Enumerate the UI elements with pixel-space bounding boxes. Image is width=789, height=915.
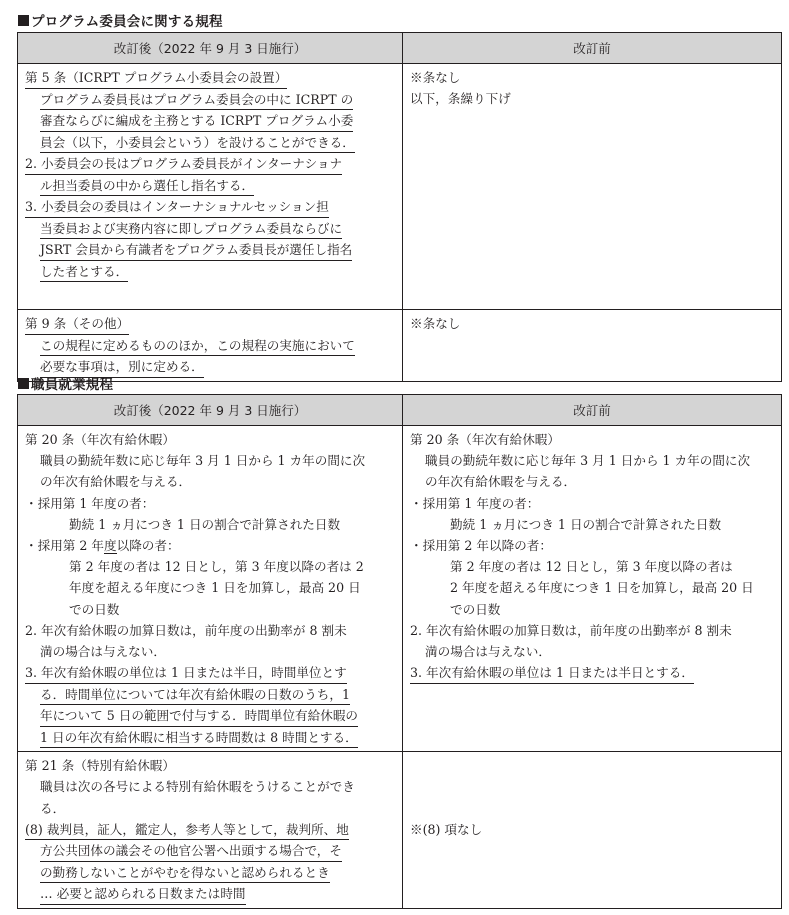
staff-rules-comparison-table: 改訂後（2022 年 9 月 3 日施行） 改訂前 第 20 条（年次有給休暇）… [17, 394, 782, 909]
text-line: 当委員および実務内容に即しプログラム委員ならびに [40, 219, 342, 240]
table-header-row: 改訂後（2022 年 9 月 3 日施行） 改訂前 [18, 33, 782, 64]
text-fragment: ・採用第 2 年 [25, 538, 104, 553]
cell-before: 第 20 条（年次有給休暇） 職員の勤続年数に応じ毎年 3 月 1 日から 1 … [403, 426, 782, 752]
text-line: 1 日の年次有給休暇に相当する時間数は 8 時間とする． [40, 728, 358, 749]
text-line: 満の場合は与えない． [410, 641, 775, 662]
text-line: 年について 5 日の範囲で付与する．時間単位有給休暇の [40, 706, 358, 727]
cell-before: ※条なし [403, 310, 782, 382]
text-line: 方公共団体の議会その他官公署へ出頭する場合で，そ [40, 841, 342, 862]
text-line: 3. 小委員会の委員はインターナショナルセッション担 [25, 197, 329, 218]
text-line: 満の場合は与えない． [25, 641, 396, 662]
text-line: 職員の勤続年数に応じ毎年 3 月 1 日から 1 カ年の間に次 [25, 450, 396, 471]
text-line: 職員の勤続年数に応じ毎年 3 月 1 日から 1 カ年の間に次 [410, 450, 775, 471]
table-row: 第 5 条（ICRPT プログラム小委員会の設置） プログラム委員長はプログラム… [18, 64, 782, 310]
text-line: ・採用第 2 年以降の者： [410, 535, 775, 556]
article-heading: 第 9 条（その他） [25, 314, 129, 335]
text-line: 審査ならびに編成を主務とする ICRPT プログラム小委 [40, 111, 353, 132]
text-line: 勤続 1 ヵ月につき 1 日の割合で計算された日数 [410, 514, 775, 535]
text-line: ※(8) 項なし [410, 819, 775, 840]
table-header-row: 改訂後（2022 年 9 月 3 日施行） 改訂前 [18, 395, 782, 426]
text-line: (8) 裁判員，証人，鑑定人，参考人等として，裁判所、地 [25, 820, 349, 841]
table-row: 第 9 条（その他） この規程に定めるもののほか，この規程の実施において 必要な… [18, 310, 782, 382]
text-line: した者とする． [40, 262, 128, 283]
text-line: の年次有給休暇を与える． [410, 471, 775, 492]
header-after: 改訂後（2022 年 9 月 3 日施行） [18, 395, 403, 426]
text-line: 2 年度を超える年度につき 1 日を加算し，最高 20 日 [410, 577, 775, 598]
text-line: の年次有給休暇を与える． [25, 471, 396, 492]
text-line: での日数 [25, 599, 396, 620]
section-title-staff-rules: 職員就業規程 [18, 373, 113, 393]
text-line: 職員は次の各号による特別有給休暇をうけることができ [25, 776, 396, 797]
square-bullet-icon [18, 15, 29, 26]
cell-after: 第 20 条（年次有給休暇） 職員の勤続年数に応じ毎年 3 月 1 日から 1 … [18, 426, 403, 752]
text-line: ル担当委員の中から選任し指名する． [40, 176, 254, 197]
text-line: 3. 年次有給休暇の単位は 1 日または半日とする． [410, 663, 694, 684]
text-line: る． [25, 798, 396, 819]
underlined-fragment: 度 [104, 538, 117, 554]
text-fragment: 以降の者： [117, 538, 180, 553]
text-line: 第 2 年度の者は 12 日とし，第 3 年度以降の者は [410, 556, 775, 577]
text-line: 2. 年次有給休暇の加算日数は，前年度の出勤率が 8 割未 [25, 620, 396, 641]
text-line: ・採用第 1 年度の者： [410, 493, 775, 514]
text-line: での日数 [410, 599, 775, 620]
text-line: ・採用第 1 年度の者： [25, 493, 396, 514]
cell-before: ※条なし 以下，条繰り下げ [403, 64, 782, 310]
cell-before: ※(8) 項なし [403, 752, 782, 909]
table-row: 第 20 条（年次有給休暇） 職員の勤続年数に応じ毎年 3 月 1 日から 1 … [18, 426, 782, 752]
text-line: プログラム委員長はプログラム委員会の中に ICRPT の [40, 90, 353, 111]
text-line: の勤務しないことがやむを得ないと認められるとき [40, 863, 330, 884]
text-line: る．時間単位については年次有給休暇の日数のうち，1 [40, 685, 350, 706]
text-line: 3. 年次有給休暇の単位は 1 日または半日，時間単位とす [25, 663, 347, 684]
header-before: 改訂前 [403, 395, 782, 426]
article-heading: 第 5 条（ICRPT プログラム小委員会の設置） [25, 68, 287, 89]
text-line: … 必要と認められる日数または時間 [40, 884, 246, 905]
text-line: 以下，条繰り下げ [410, 88, 775, 109]
table-row: 第 21 条（特別有給休暇） 職員は次の各号による特別有給休暇をうけることができ… [18, 752, 782, 909]
program-committee-comparison-table: 改訂後（2022 年 9 月 3 日施行） 改訂前 第 5 条（ICRPT プロ… [17, 32, 782, 382]
section-title-program-committee: プログラム委員会に関する規程 [18, 10, 223, 30]
square-bullet-icon [18, 378, 29, 389]
cell-after: 第 21 条（特別有給休暇） 職員は次の各号による特別有給休暇をうけることができ… [18, 752, 403, 909]
text-line: JSRT 会員から有識者をプログラム委員長が選任し指名 [40, 240, 352, 261]
cell-after: 第 5 条（ICRPT プログラム小委員会の設置） プログラム委員長はプログラム… [18, 64, 403, 310]
article-heading: 第 21 条（特別有給休暇） [25, 755, 396, 776]
cell-after: 第 9 条（その他） この規程に定めるもののほか，この規程の実施において 必要な… [18, 310, 403, 382]
text-line: 勤続 1 ヵ月につき 1 日の割合で計算された日数 [25, 514, 396, 535]
article-heading: 第 20 条（年次有給休暇） [410, 429, 775, 450]
text-line: ※条なし [410, 313, 775, 334]
article-heading: 第 20 条（年次有給休暇） [25, 429, 396, 450]
text-line: 年度を超える年度につき 1 日を加算し，最高 20 日 [25, 577, 396, 598]
text-line: 2. 小委員会の長はプログラム委員長がインターナショナ [25, 154, 342, 175]
text-line: 2. 年次有給休暇の加算日数は，前年度の出勤率が 8 割未 [410, 620, 775, 641]
text-line: 員会（以下，小委員会という）を設けることができる． [40, 133, 355, 154]
text-line: ※条なし [410, 67, 775, 88]
text-line: この規程に定めるもののほか，この規程の実施において [40, 336, 355, 357]
header-after: 改訂後（2022 年 9 月 3 日施行） [18, 33, 403, 64]
header-before: 改訂前 [403, 33, 782, 64]
text-line: 第 2 年度の者は 12 日とし，第 3 年度以降の者は 2 [25, 556, 396, 577]
text-line: ・採用第 2 年度以降の者： [25, 535, 396, 556]
